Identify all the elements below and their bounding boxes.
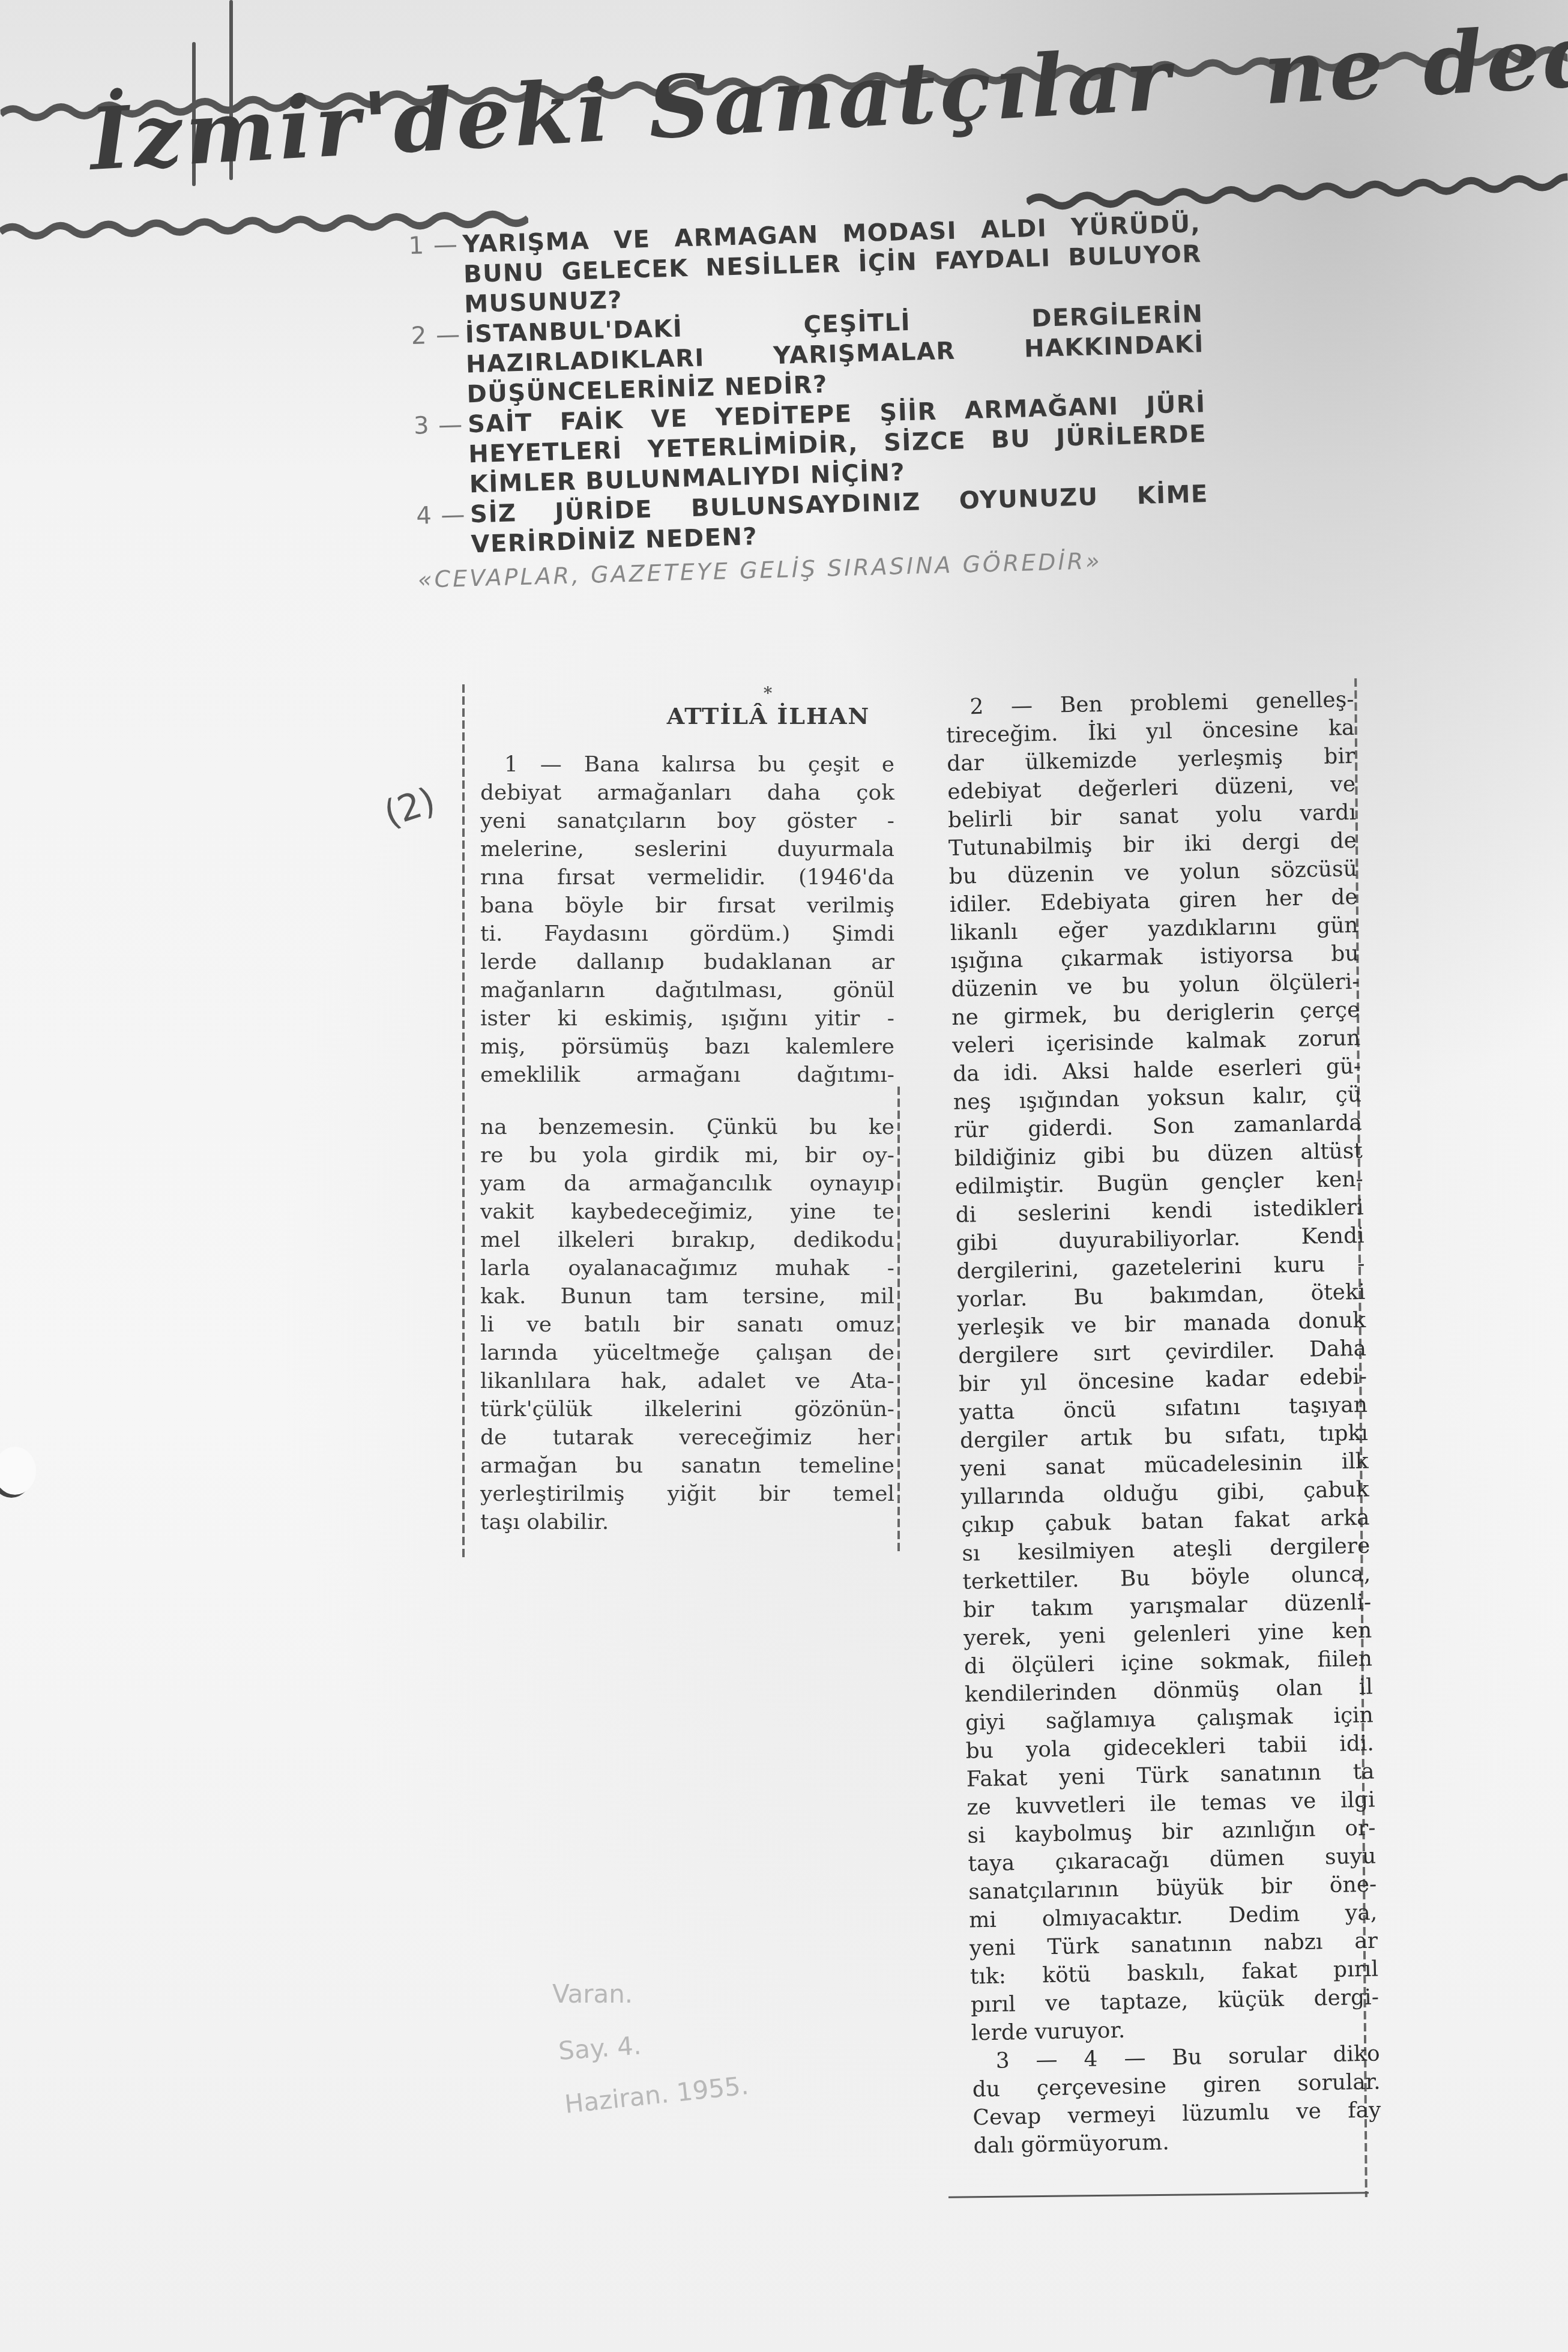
text-line: yam da armağancılık oynayıp (480, 1169, 894, 1198)
text-line: vakit kaybedeceğimiz, yine te (480, 1198, 894, 1226)
separator-asterisk: * (630, 684, 906, 702)
text-line: yeni sanatçıların boy göster - (480, 807, 894, 835)
text-line: türk'çülük ilkelerini gözönün- (480, 1395, 894, 1423)
handwritten-line: Varan. (552, 1969, 749, 2019)
text-line: de tutarak vereceğimiz her (480, 1423, 894, 1452)
bottom-right-wavy-rule (1027, 170, 1568, 215)
text-line: mağanların dağıtılması, gönül (480, 976, 894, 1004)
text-line: rına fırsat vermelidir. (1946'da (480, 863, 894, 891)
survey-questions: 1 — YARIŞMA VE ARMAGAN MODASI ALDI YÜRÜD… (408, 209, 1210, 595)
text-line: miş, pörsümüş bazı kalemlere (480, 1033, 894, 1061)
article-column-2: 2 — Ben problemi genelleş-tireceğim. İki… (945, 686, 1382, 2161)
text-line: li ve batılı bir sanatı omuz (480, 1310, 894, 1339)
question-number: 4 — (416, 499, 472, 561)
text-line: melerine, seslerini duyurmala (480, 835, 894, 863)
headline-word: dedi ?... (1420, 0, 1568, 115)
question-number: 1 — (408, 229, 465, 321)
text-line: lerde dallanıp budaklanan ar (480, 948, 894, 976)
column-rule-left (462, 684, 465, 1561)
text-line: na benzemesin. Çünkü bu ke (480, 1113, 894, 1141)
text-line: likanlılara hak, adalet ve Ata- (480, 1367, 894, 1395)
text-line: re bu yola girdik mi, bir oy- (480, 1141, 894, 1169)
text-line: armağan bu sanatın temeline (480, 1452, 894, 1480)
text-line: kak. Bunun tam tersine, mil (480, 1282, 894, 1310)
text-line: mel ilkeleri bırakıp, dedikodu (480, 1226, 894, 1254)
question-number: 3 — (413, 409, 469, 501)
headline-word: ne (1261, 17, 1390, 124)
headline-word: İzmir'deki (87, 61, 615, 189)
author-byline: * ATTİLÂ İLHAN (630, 684, 906, 729)
question-number: 2 — (411, 319, 467, 411)
text-line: taşı olabilir. (480, 1508, 894, 1536)
text-line: larla oyalanacağımız muhak - (480, 1254, 894, 1282)
text-line: ister ki eskimiş, ışığını yitir - (480, 1004, 894, 1033)
text-line: emeklilik armağanı dağıtımı- (480, 1061, 894, 1089)
text-line: debiyat armağanları daha çok (480, 779, 894, 807)
text-line: ti. Faydasını gördüm.) Şimdi (480, 920, 894, 948)
text-line: 1 — Bana kalırsa bu çeşit e (480, 750, 894, 779)
column-rule-middle (897, 1087, 900, 1555)
punch-hole (0, 1447, 36, 1495)
headline-word: Sanatçılar (645, 29, 1176, 158)
headline: İzmir'dekiSanatçılarnededi ?... (87, 8, 1561, 190)
spacer (480, 1089, 894, 1113)
handwritten-source-note: Varan. Say. 4. Haziran. 1955. (552, 1969, 749, 2120)
text-line: larında yüceltmeğe çalışan de (480, 1339, 894, 1367)
text-line: bana böyle bir fırsat verilmiş (480, 891, 894, 920)
handwritten-margin-mark: (2) (379, 780, 440, 836)
bottom-rule (948, 2192, 1369, 2198)
text-line: yerleştirilmiş yiğit bir temel (480, 1480, 894, 1508)
article-column-1: 1 — Bana kalırsa bu çeşit edebiyat armağ… (480, 750, 894, 1536)
author-name: ATTİLÂ İLHAN (667, 702, 870, 729)
